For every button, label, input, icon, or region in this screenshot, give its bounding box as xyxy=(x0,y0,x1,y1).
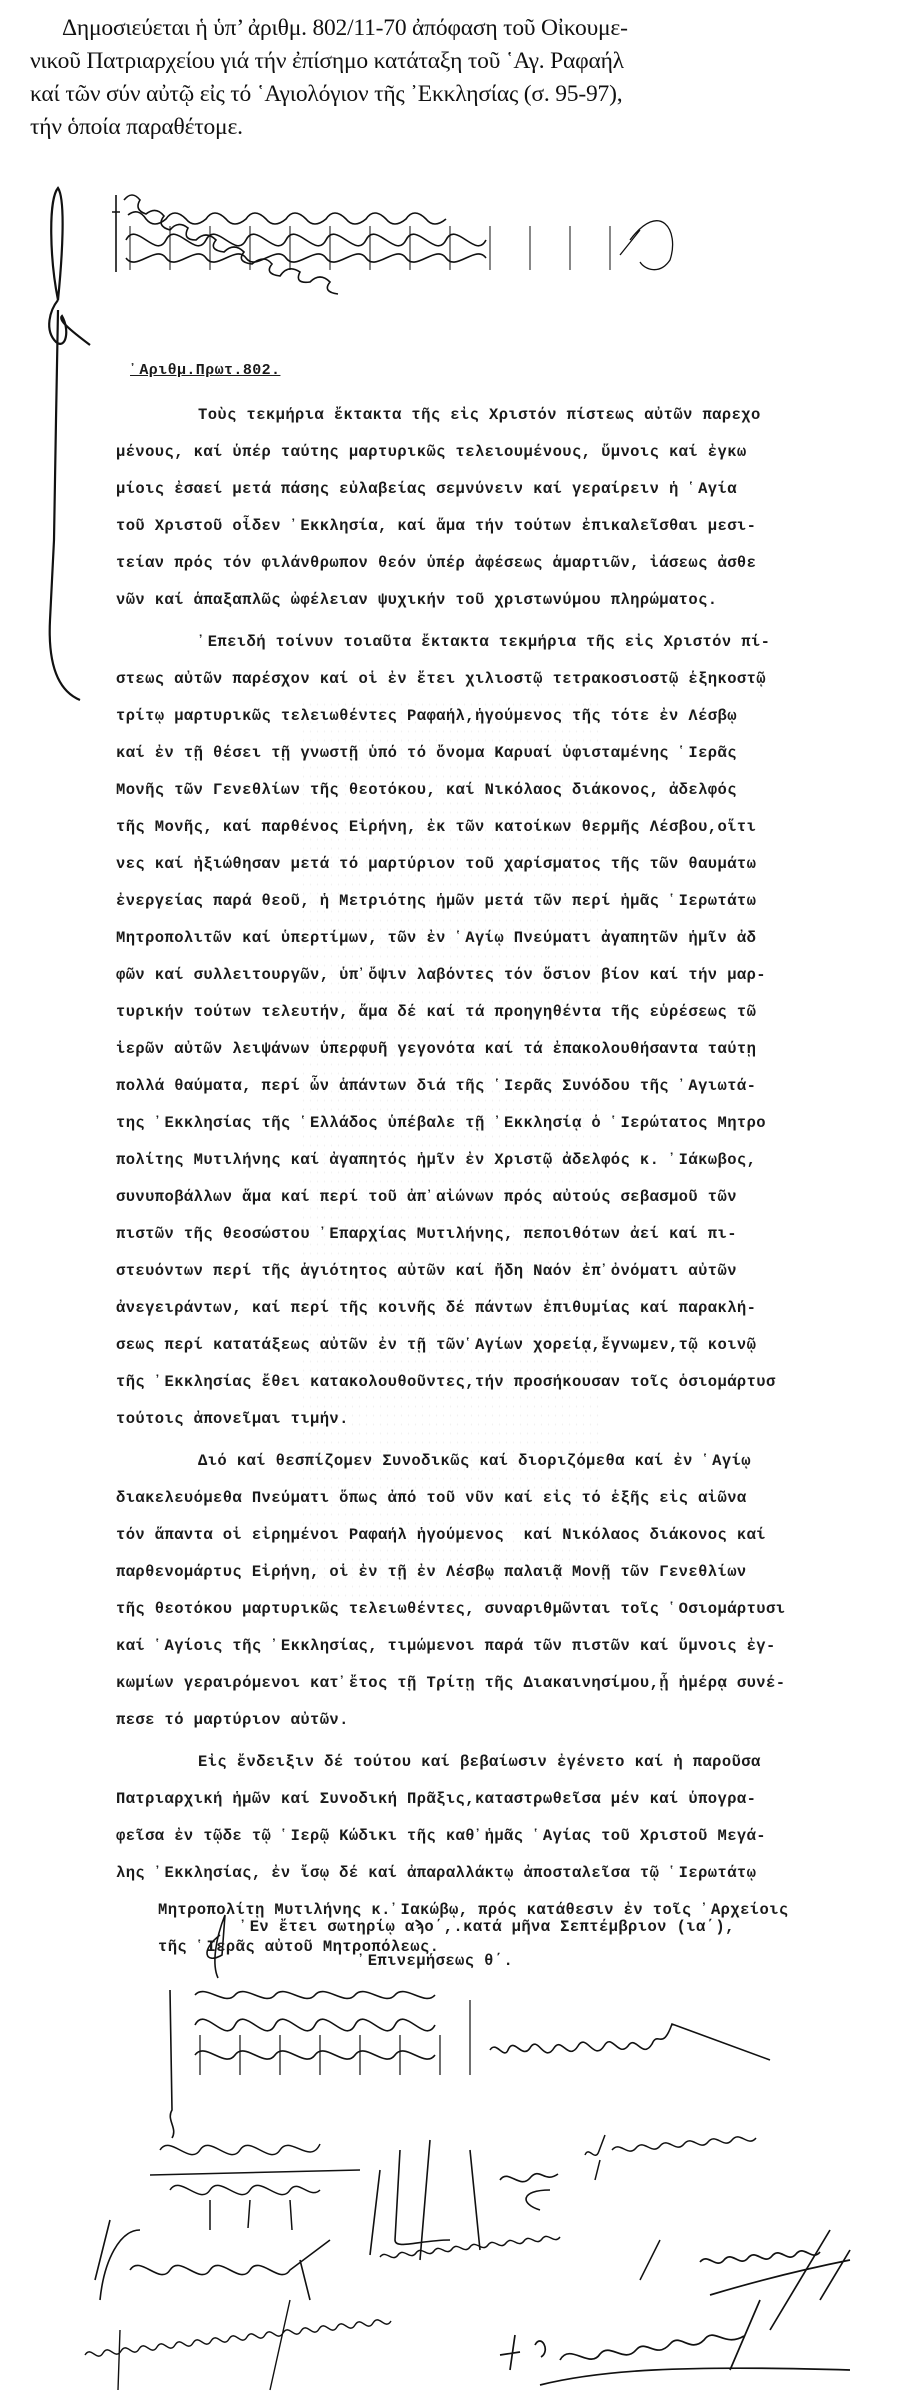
body-line: Μονῆς τῶν Γενεθλίων τῆς θεοτόκου, καί Νι… xyxy=(116,781,737,799)
body-line: στευόντων περί τῆς ἁγιότητος αὐτῶν καί ἤ… xyxy=(116,1262,737,1280)
body-line: καί ῾Αγίοις τῆς ᾿Εκκλησίας, τιμώμενοι πα… xyxy=(116,1637,776,1655)
body-line: Πατριαρχική ἡμῶν καί Συνοδική Πρᾶξις,κατ… xyxy=(116,1790,756,1808)
body-line: σεως περί κατατάξεως αὐτῶν ἐν τῇ τῶν῾Αγί… xyxy=(116,1336,756,1354)
patriarchal-header-monogram-icon xyxy=(112,193,673,294)
body-line: ἐνεργείας παρά θεοῦ, ἡ Μετριότης ἡμῶν με… xyxy=(116,892,756,910)
body-line: πεσε τό μαρτύριον αὐτῶν. xyxy=(116,1711,349,1729)
body-line: φῶν καί συλλειτουργῶν, ὑπ᾿ὄψιν λαβόντες … xyxy=(116,966,766,984)
body-line: τῆς θεοτόκου μαρτυρικῶς τελειωθέντες, συ… xyxy=(116,1600,785,1618)
body-line: καί ἐν τῇ θέσει τῇ γνωστῇ ὑπό τό ὄνομα Κ… xyxy=(116,744,737,762)
body-line: τόν ἅπαντα οἱ εἰρημένοι Ραφαήλ ἡγούμενος… xyxy=(116,1526,766,1544)
body-line: τυρικήν τούτων τελευτήν, ἅμα δέ καί τά π… xyxy=(116,1003,756,1021)
body-line: πολίτης Μυτιλήνης καί ἀγαπητός ἡμῖν ἐν Χ… xyxy=(116,1151,756,1169)
body-line: μένους, καί ὑπέρ ταύτης μαρτυρικῶς τελει… xyxy=(116,443,747,461)
body-line: τρίτῳ μαρτυρικῶς τελειωθέντες Ραφαήλ,ἡγο… xyxy=(116,707,737,725)
body-line: πιστῶν τῆς θεοσώστου ᾿Επαρχίας Μυτιλήνης… xyxy=(116,1225,737,1243)
body-line: τῆς ᾿Εκκλησίας ἔθει κατακολουθοῦντες,τήν… xyxy=(116,1373,776,1391)
body-line: φεῖσα ἐν τῷδε τῷ ῾Ιερῷ Κώδικι τῆς καθ᾿ἡμ… xyxy=(116,1827,766,1845)
signature-1-icon xyxy=(490,2024,770,2060)
body-line: ἀνεγειράντων, καί περί τῆς κοινῆς δέ πάν… xyxy=(116,1299,756,1317)
margin-cord-icon xyxy=(49,188,90,700)
body-line: συνυποβάλλων ἅμα καί περί τοῦ ἀπ᾿αἰώνων … xyxy=(116,1188,737,1206)
body-line: μίοις ἐσαεί μετά πάσης εὐλαβείας σεμνύνε… xyxy=(116,480,737,498)
body-line: της ᾿Εκκλησίας τῆς ῾Ελλάδος ὑπέβαλε τῇ ᾿… xyxy=(116,1114,766,1132)
body-line: Τοὺς τεκμήρια ἔκτακτα τῆς εἰς Χριστόν πί… xyxy=(198,406,761,424)
signature-2-monogram-icon xyxy=(150,2144,360,2230)
body-line: Μητροπολιτῶν καί ὑπερτίμων, τῶν ἐν ῾Αγίῳ… xyxy=(116,929,756,947)
body-line: στεως αὐτῶν παρέσχον καί οἱ ἐν ἔτει χιλι… xyxy=(116,670,766,688)
body-line: λης ᾿Εκκλησίας, ἐν ἴσῳ δέ καί ἀπαραλλάκτ… xyxy=(116,1864,756,1882)
body-line: τοῦ Χριστοῦ οἶδεν ᾿Εκκλησία, καί ἅμα τήν… xyxy=(116,517,756,535)
body-line: πολλά θαύματα, περί ὧν ἁπάντων διά τῆς ῾… xyxy=(116,1077,756,1095)
body-line: διακελευόμεθα Πνεύματι ὅπως ἀπό τοῦ νῦν … xyxy=(116,1489,747,1507)
body-line: Εἰς ἔνδειξιν δέ τούτου καί βεβαίωσιν ἐγέ… xyxy=(198,1753,761,1771)
body-line: τείαν πρός τόν φιλάνθρωπον θεόν ὑπέρ ἀφέ… xyxy=(116,554,756,572)
body-line: νες καί ἠξιώθησαν μετά τό μαρτύριον τοῦ … xyxy=(116,855,756,873)
signature-5-icon xyxy=(95,2220,330,2300)
dating-line-1: ᾿Εν ἔτει σωτηρίῳ αϡο΄,.κατά μῆνα Σεπτέμβ… xyxy=(240,1918,735,1936)
signature-3-icon xyxy=(370,2140,558,2260)
signature-7-icon xyxy=(700,2250,850,2300)
protocol-number: ᾿Αριθμ.Πρωτ.802. xyxy=(130,362,280,379)
signature-patriarch-monogram-icon xyxy=(170,1990,470,2138)
body-line: Διό καί θεσπίζομεν Συνοδικῶς καί διοριζό… xyxy=(198,1452,751,1470)
signature-4-icon xyxy=(585,2135,756,2180)
body-line: τῆς Μονῆς, καί παρθένος Εἰρήνη, ἐκ τῶν κ… xyxy=(116,818,756,836)
body-line: παρθενομάρτυς Εἰρήνη, οἱ ἐν τῇ ἐν Λέσβῳ … xyxy=(116,1563,747,1581)
dating-line-2: ᾿Επινεμήσεως θ΄. xyxy=(358,1952,513,1970)
body-line: κωμίων γεραιρόμενοι κατ᾿ἔτος τῇ Τρίτῃ τῆ… xyxy=(116,1674,785,1692)
body-line: Μητροπολίτῃ Μυτιλήνης κ.᾿Ιακώβῳ, πρός κα… xyxy=(158,1901,789,1919)
body-line: τούτοις ἀπονεῖμαι τιμήν. xyxy=(116,1410,349,1428)
body-line: ἱερῶν αὐτῶν λειψάνων ὑπερφυῆ γεγονότα κα… xyxy=(116,1040,756,1058)
body-line: ᾿Επειδή τοίνυν τοιαῦτα ἔκτακτα τεκμήρια … xyxy=(198,633,770,651)
signature-8-icon xyxy=(85,2300,391,2390)
body-line: νῶν καί ἁπαξαπλῶς ὠφέλειαν ψυχικήν τοῦ χ… xyxy=(116,591,718,609)
